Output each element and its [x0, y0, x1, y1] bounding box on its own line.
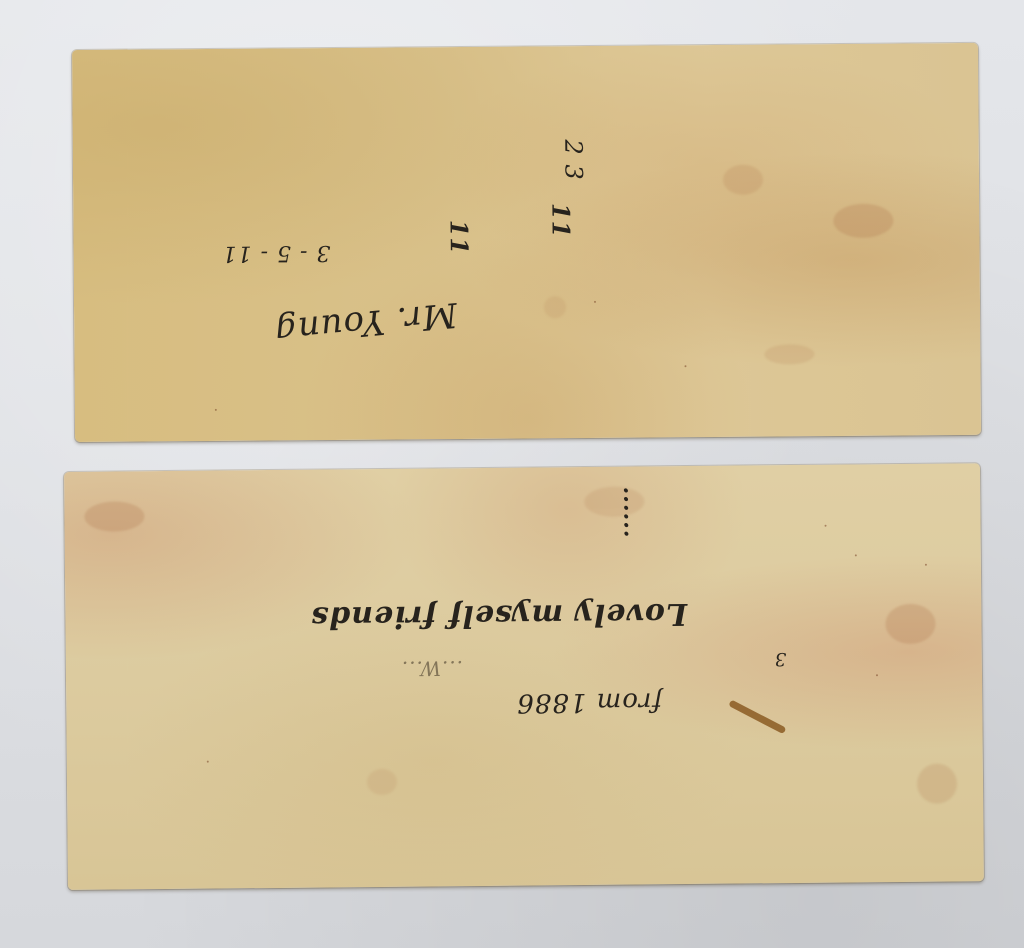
stain	[764, 344, 814, 364]
speck	[684, 365, 686, 367]
handwritten-numbers: 11	[445, 220, 474, 256]
handwritten-dotted-line: ......	[618, 486, 644, 538]
stain	[885, 604, 935, 644]
stain	[367, 769, 397, 795]
stain	[723, 165, 763, 195]
speck	[825, 525, 827, 527]
stain	[833, 204, 893, 238]
handwritten-line: ...W...	[401, 656, 463, 681]
handwritten-mark: 3	[774, 648, 787, 669]
stain	[917, 763, 957, 803]
bottom-card: Lovely myself friends ...W... from 1886 …	[64, 463, 984, 890]
top-card: Mr. Young 3 - 5 - 11 11 11 2 3	[72, 43, 981, 442]
stain	[544, 296, 566, 318]
speck	[876, 674, 878, 676]
speck	[594, 301, 596, 303]
handwritten-name: Mr. Young	[273, 294, 459, 351]
handwritten-line: Lovely myself friends	[310, 596, 687, 635]
speck	[855, 554, 857, 556]
speck	[925, 564, 927, 566]
stain	[84, 501, 144, 532]
speck	[207, 761, 209, 763]
speck	[215, 409, 217, 411]
handwritten-numbers: 11	[546, 203, 575, 239]
brown-ink-stroke	[728, 699, 786, 734]
handwritten-numbers: 2 3	[559, 139, 587, 180]
handwritten-numbers: 3 - 5 - 11	[222, 240, 331, 266]
handwritten-line: from 1886	[516, 686, 662, 717]
